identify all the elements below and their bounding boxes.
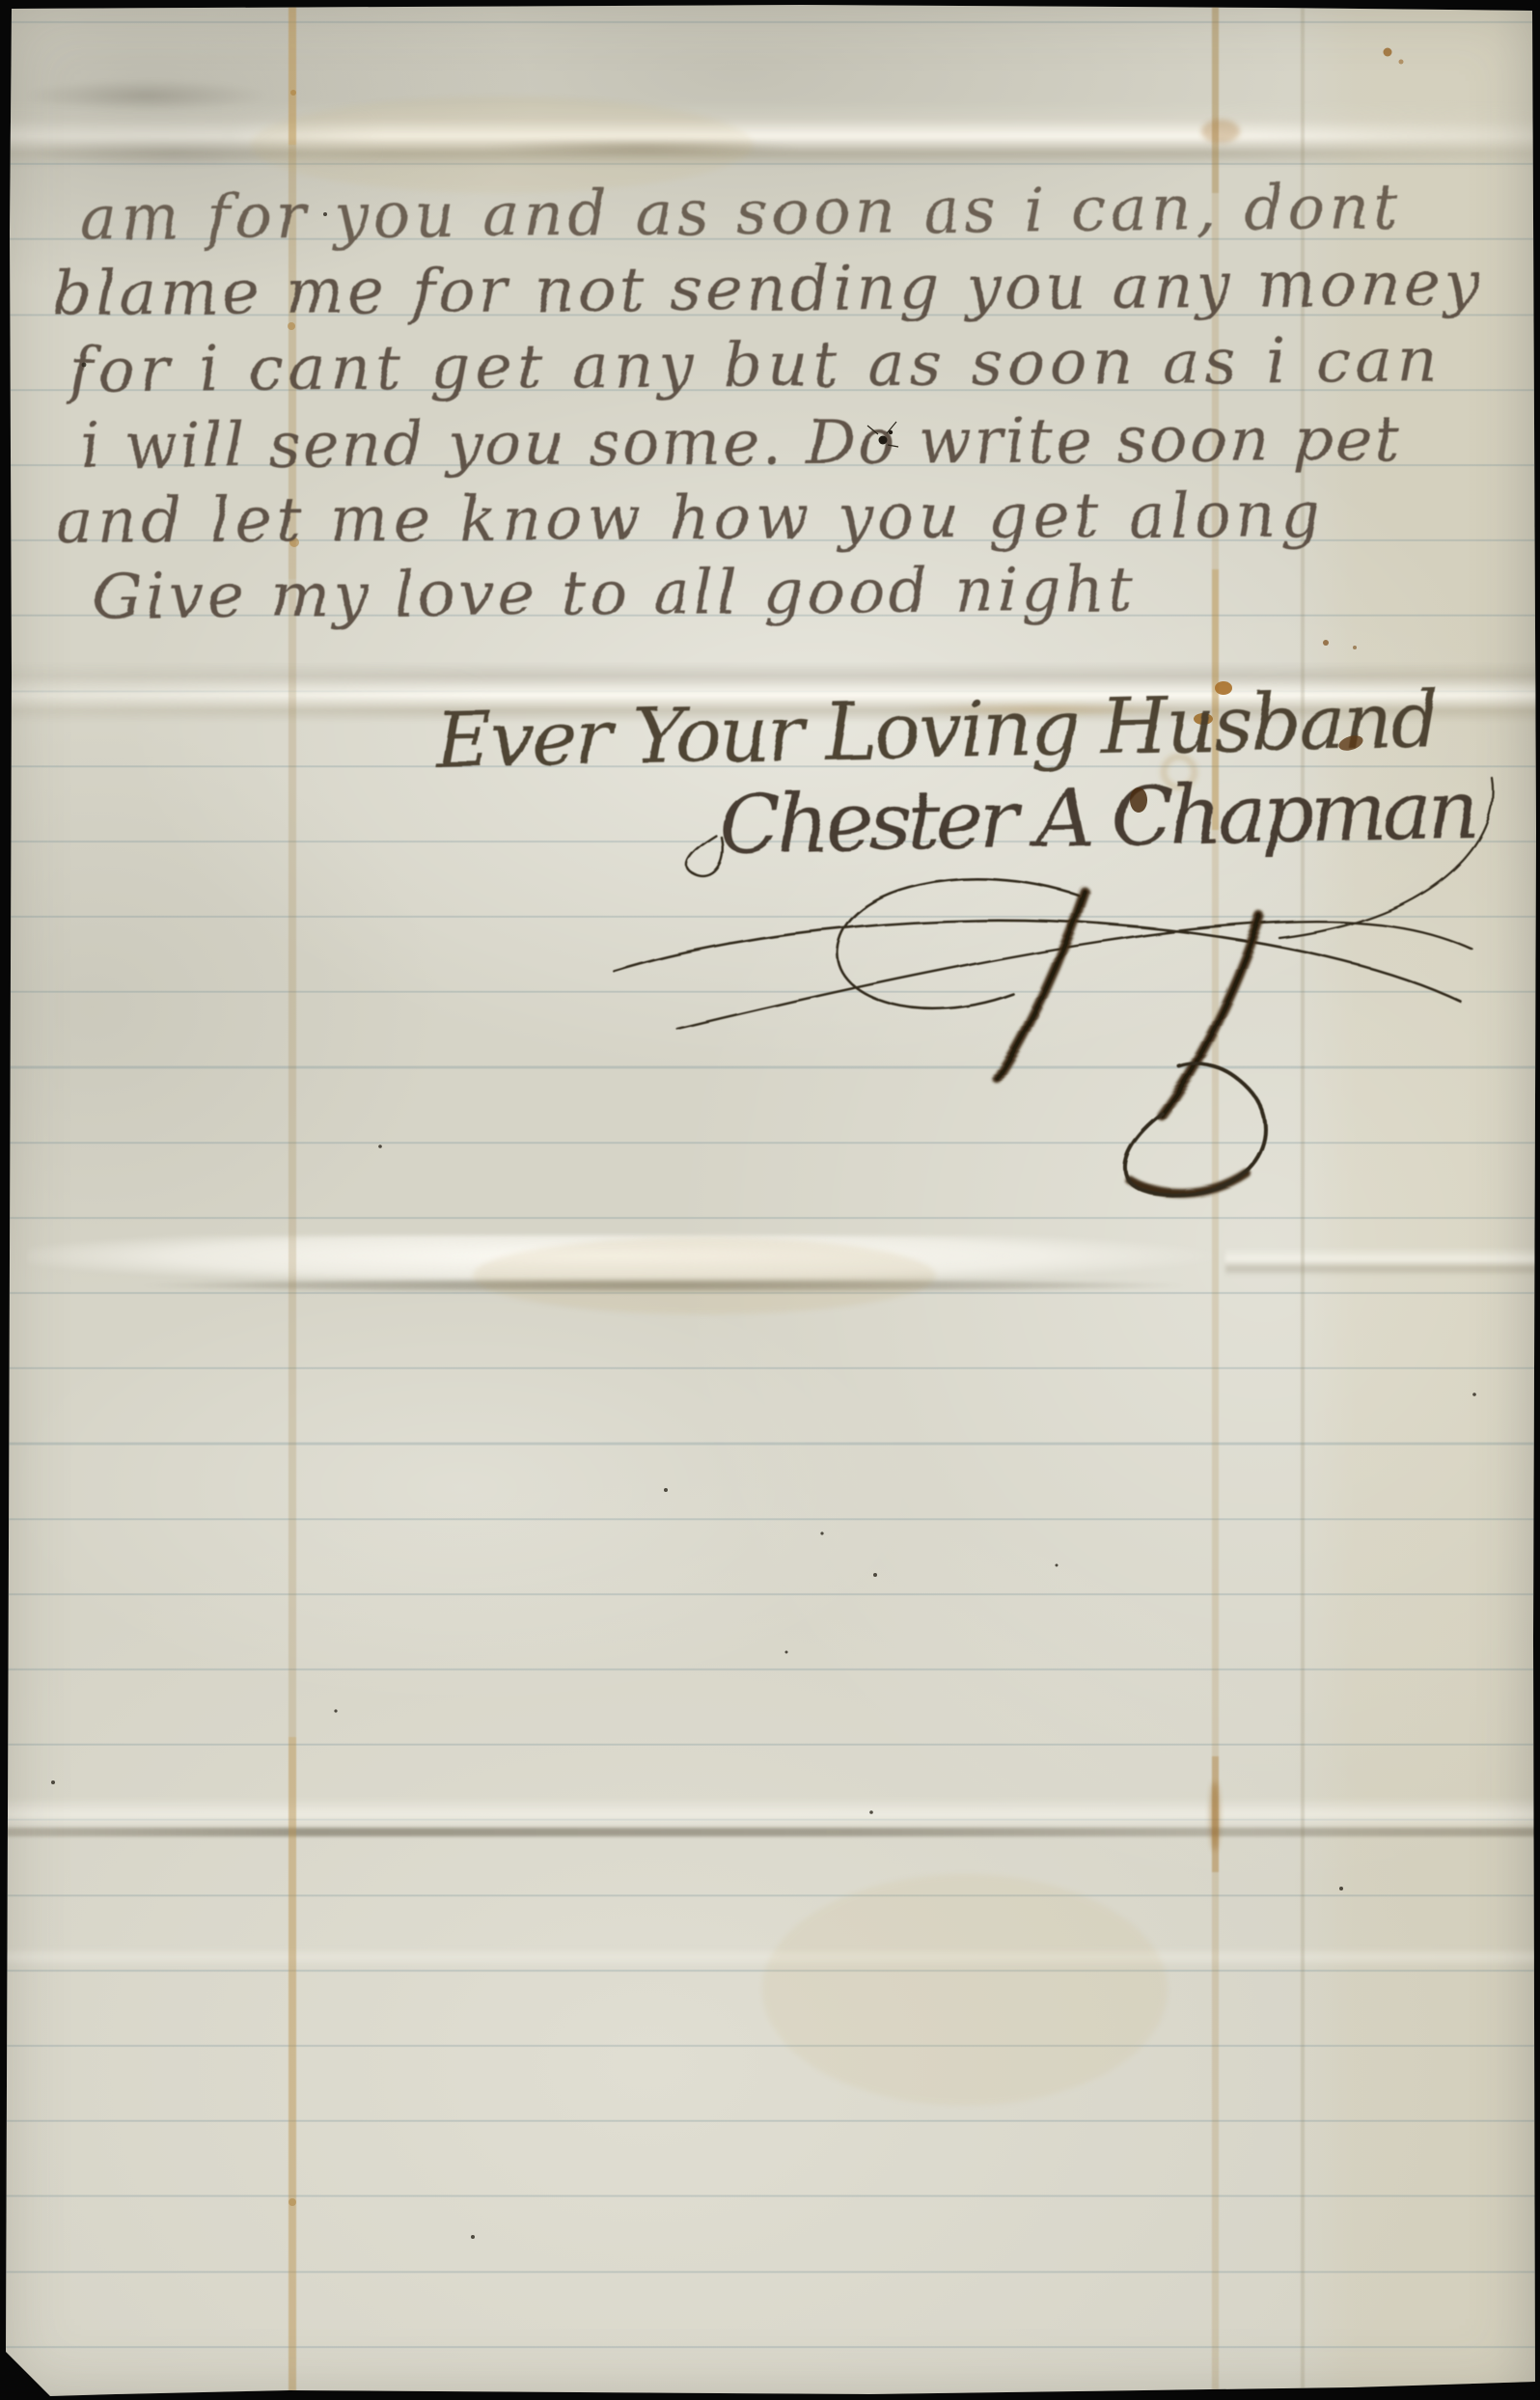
stain xyxy=(1201,120,1240,143)
handwritten-line-2: blame me for not sending you any money xyxy=(53,249,1481,330)
ink-speck xyxy=(1339,1887,1343,1890)
ink-speck xyxy=(820,1531,823,1534)
handwritten-line-3: for i cant get any but as soon as i can xyxy=(66,325,1440,406)
stain xyxy=(1399,60,1404,65)
handwritten-line-6: Give my love to all good night xyxy=(93,554,1135,633)
ink-speck xyxy=(323,212,327,216)
stain xyxy=(473,1237,936,1314)
stain xyxy=(1384,48,1392,57)
handwritten-line-1: am for you and as soon as i can, dont xyxy=(79,172,1400,255)
stain xyxy=(1323,640,1329,646)
letter-signature: Chester A Chapman xyxy=(718,761,1482,872)
ink-speck xyxy=(1472,1393,1476,1396)
letter-paper: am for you and as soon as i can, dont bl… xyxy=(0,0,1540,2400)
handwritten-text: am for you and as soon as i can, dont bl… xyxy=(53,172,1483,872)
ink-speck xyxy=(869,1810,873,1814)
ink-speck xyxy=(471,2235,475,2239)
ink-speck xyxy=(82,363,87,368)
ink-speck xyxy=(1056,1564,1059,1567)
ink-speck xyxy=(51,1780,55,1784)
stain xyxy=(289,2198,296,2206)
ink-speck xyxy=(378,1145,382,1148)
handwritten-line-5: and let me know how you get along xyxy=(56,480,1322,558)
handwritten-line-4: i will send you some. Do write soon pet xyxy=(81,404,1401,483)
stain xyxy=(762,1874,1168,2106)
stain xyxy=(1210,1781,1220,1851)
ink-blot xyxy=(1130,787,1147,813)
stain xyxy=(290,90,296,96)
scanned-letter-page: am for you and as soon as i can, dont bl… xyxy=(0,0,1540,2400)
ink-speck xyxy=(785,1651,788,1654)
ink-speck xyxy=(334,1709,337,1712)
handwriting-layer: am for you and as soon as i can, dont bl… xyxy=(0,0,1540,2400)
stain xyxy=(1353,646,1357,649)
ink-speck xyxy=(873,1573,877,1577)
ink-speck xyxy=(664,1488,668,1492)
